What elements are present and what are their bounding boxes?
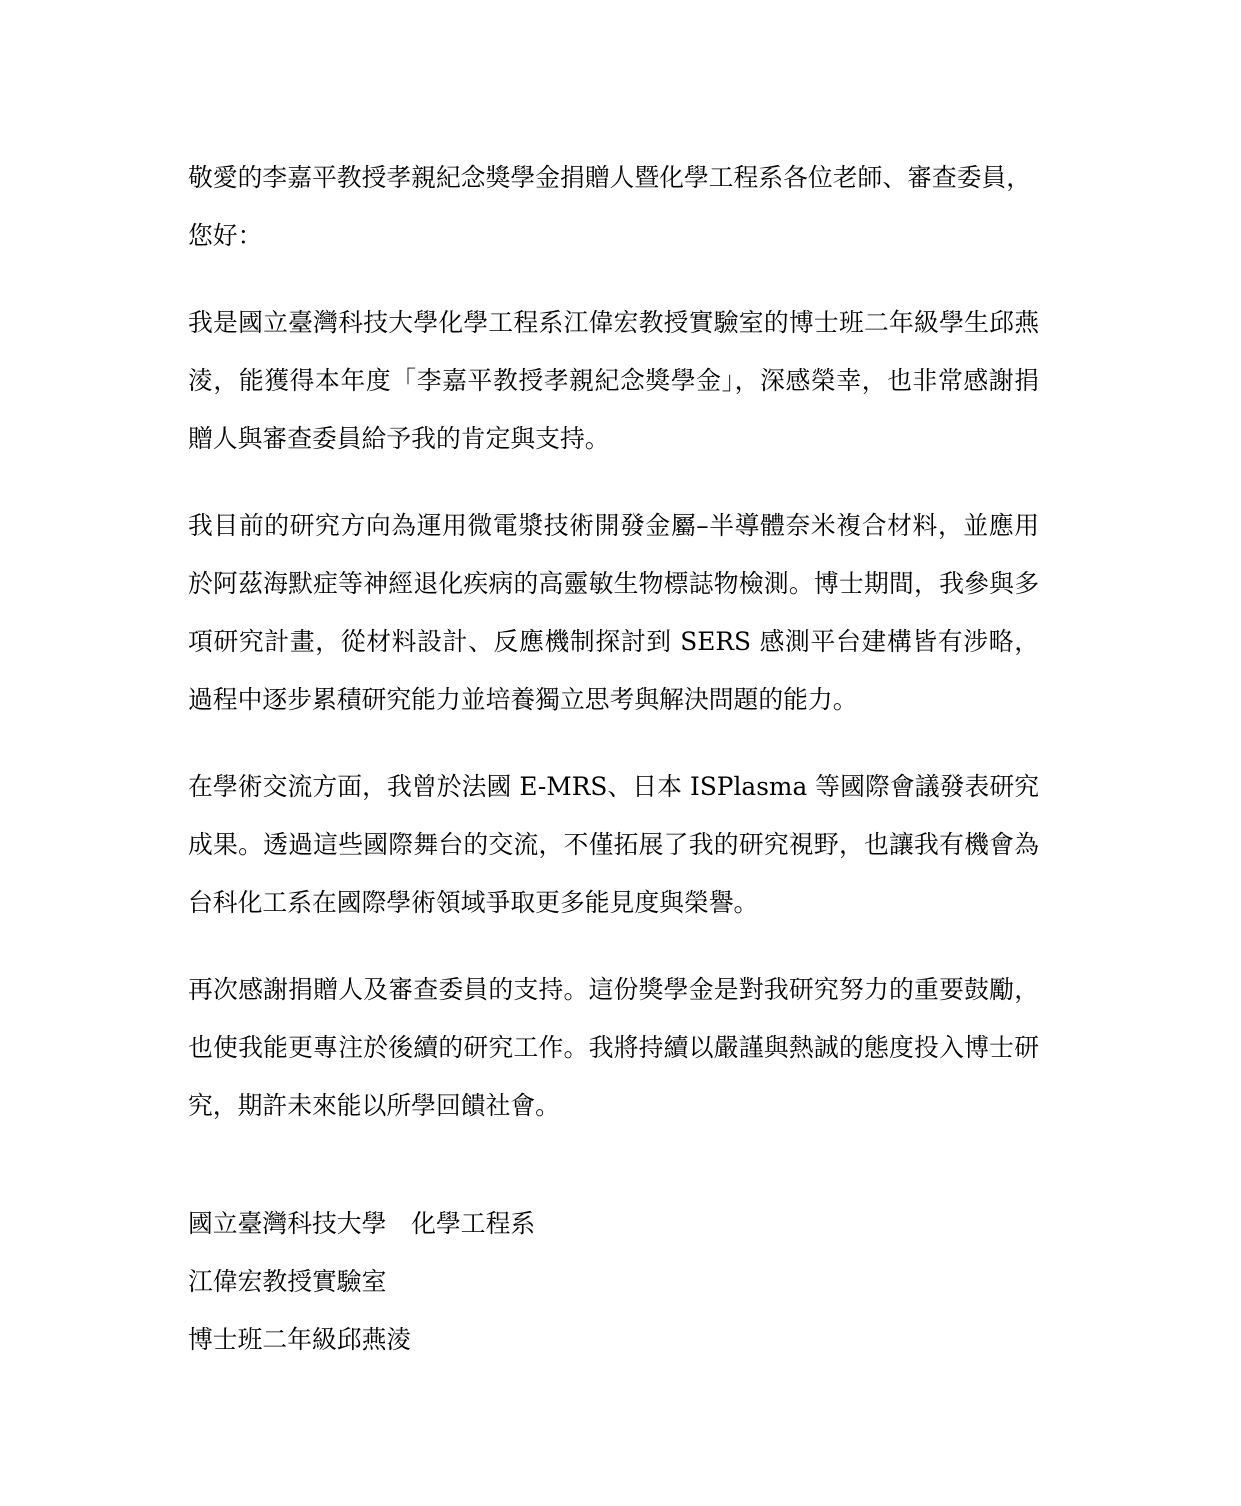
salutation-line: 您好： [188, 207, 1039, 265]
signature-affiliation: 國立臺灣科技大學 化學工程系 [188, 1195, 1039, 1253]
paragraph-introduction: 我是國立臺灣科技大學化學工程系江偉宏教授實驗室的博士班二年級學生邱燕淩，能獲得本… [188, 294, 1039, 468]
signature-lab: 江偉宏教授實驗室 [188, 1253, 1039, 1311]
signature-author: 博士班二年級邱燕淩 [188, 1311, 1039, 1369]
signature-block: 國立臺灣科技大學 化學工程系 江偉宏教授實驗室 博士班二年級邱燕淩 [188, 1195, 1039, 1369]
paragraph-academic-exchange: 在學術交流方面，我曾於法國 E-MRS、日本 ISPlasma 等國際會議發表研… [188, 758, 1039, 932]
paragraph-research-direction: 我目前的研究方向為運用微電漿技術開發金屬–半導體奈米複合材料，並應用於阿茲海默症… [188, 497, 1039, 729]
letter-page: 敬愛的李嘉平教授孝親紀念獎學金捐贈人暨化學工程系各位老師、審查委員， 您好： 我… [0, 0, 1241, 1506]
greeting-line: 敬愛的李嘉平教授孝親紀念獎學金捐贈人暨化學工程系各位老師、審查委員， [188, 149, 1039, 207]
paragraph-closing-thanks: 再次感謝捐贈人及審查委員的支持。這份獎學金是對我研究努力的重要鼓勵，也使我能更專… [188, 961, 1039, 1135]
